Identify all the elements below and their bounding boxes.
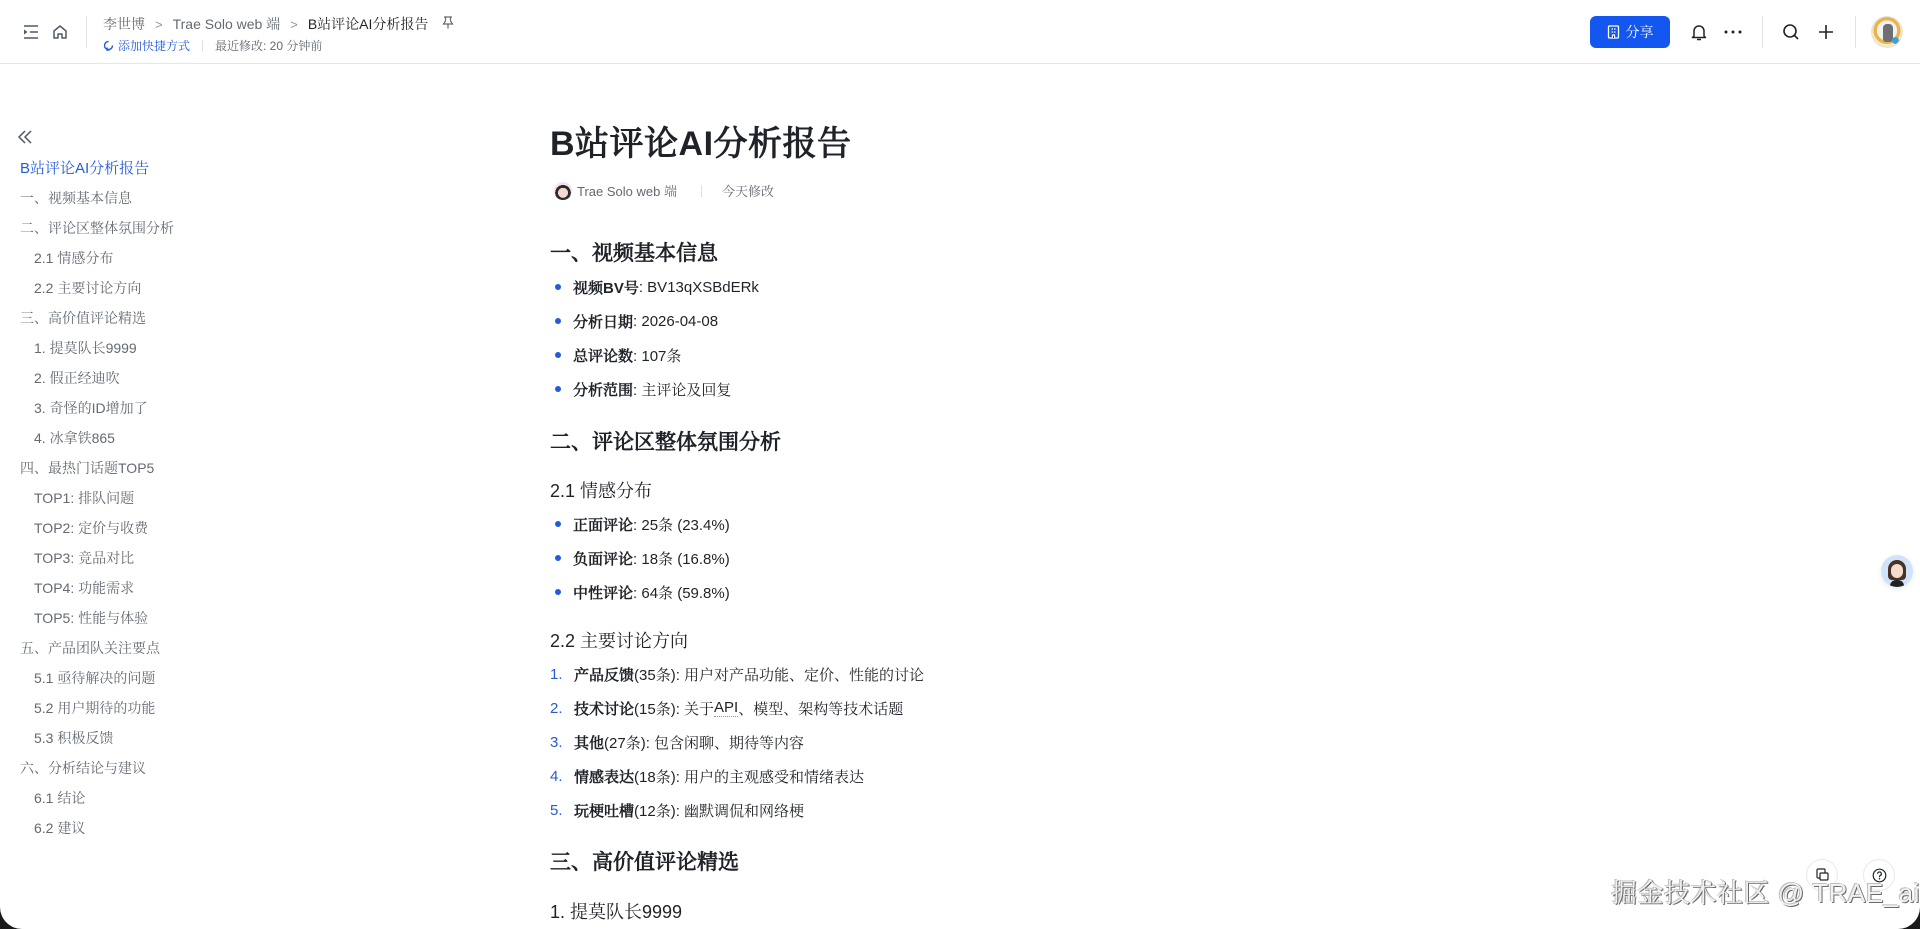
copy-icon xyxy=(1816,868,1829,882)
doc-meta: Trae Solo web 端 今天修改 xyxy=(554,181,774,200)
toc-item[interactable]: 六、分析结论与建议 xyxy=(20,753,280,783)
list-item: 分析日期: 2026-04-08 xyxy=(550,309,718,333)
toc-item[interactable]: TOP4: 功能需求 xyxy=(20,573,280,603)
toc-title[interactable]: B站评论AI分析报告 xyxy=(20,157,280,183)
modified-text: 今天修改 xyxy=(722,181,774,200)
bullet-icon xyxy=(555,352,561,358)
toc-item[interactable]: 四、最热门话题TOP5 xyxy=(20,453,280,483)
heading-2-2: 2.2 主要讨论方向 xyxy=(550,627,688,653)
toc-item[interactable]: 4. 冰拿铁865 xyxy=(20,423,280,453)
table-of-contents: B站评论AI分析报告 一、视频基本信息 二、评论区整体氛围分析 2.1 情感分布… xyxy=(20,157,280,843)
list-item: 1.产品反馈 (35条): 用户对产品功能、定价、性能的讨论 xyxy=(550,662,924,686)
list-item: 3.其他 (27条): 包含闲聊、期待等内容 xyxy=(550,730,804,754)
toc-item[interactable]: 5.3 积极反馈 xyxy=(20,723,280,753)
list-item: 2.技术讨论 (15条): 关于API、模型、架构等技术话题 xyxy=(550,696,903,720)
toc-item[interactable]: 1. 提莫队长9999 xyxy=(20,333,280,363)
list-item: 总评论数: 107条 xyxy=(550,343,681,367)
ai-assistant-avatar[interactable] xyxy=(1881,555,1913,587)
add-shortcut-label: 添加快捷方式 xyxy=(118,37,190,54)
toc-item[interactable]: 6.2 建议 xyxy=(20,813,280,843)
list-item: 分析范围: 主评论及回复 xyxy=(550,377,731,401)
pin-icon[interactable] xyxy=(442,16,454,32)
toc-item[interactable]: TOP1: 排队问题 xyxy=(20,483,280,513)
bullet-icon xyxy=(555,284,561,290)
page-title[interactable]: B站评论AI分析报告 xyxy=(550,116,852,165)
subline-divider xyxy=(202,40,203,52)
toc-item[interactable]: TOP5: 性能与体验 xyxy=(20,603,280,633)
list-item: 负面评论: 18条 (16.8%) xyxy=(550,546,730,570)
list-item: 4.情感表达 (18条): 用户的主观感受和情绪表达 xyxy=(550,764,864,788)
breadcrumb-item-space[interactable]: Trae Solo web 端 xyxy=(173,14,281,34)
user-avatar[interactable] xyxy=(1871,16,1903,48)
list-item: 视频BV号: BV13qXSBdERk xyxy=(550,275,759,299)
doc-subline: 添加快捷方式 最近修改: 20 分钟前 xyxy=(103,37,322,54)
toc-item[interactable]: 3. 奇怪的ID增加了 xyxy=(20,393,280,423)
toc-item[interactable]: 五、产品团队关注要点 xyxy=(20,633,280,663)
share-button[interactable]: 分享 xyxy=(1590,16,1670,48)
toc-item[interactable]: 5.1 亟待解决的问题 xyxy=(20,663,280,693)
author-name[interactable]: Trae Solo web 端 xyxy=(577,181,677,200)
breadcrumb: 李世博 > Trae Solo web 端 > B站评论AI分析报告 xyxy=(103,14,454,34)
help-float-button[interactable] xyxy=(1863,859,1895,891)
toc-item[interactable]: 2.1 情感分布 xyxy=(20,243,280,273)
header-divider xyxy=(86,16,87,48)
list-item: 5.玩梗吐槽 (12条): 幽默调侃和网络梗 xyxy=(550,798,804,822)
bullet-icon xyxy=(555,555,561,561)
home-icon[interactable] xyxy=(52,23,68,41)
add-shortcut-link[interactable]: 添加快捷方式 xyxy=(103,37,190,54)
last-modified-text: 最近修改: 20 分钟前 xyxy=(215,37,322,54)
outline-toggle-icon[interactable] xyxy=(22,23,40,41)
shortcut-icon xyxy=(103,40,114,51)
bullet-icon xyxy=(555,386,561,392)
heading-section-2: 二、评论区整体氛围分析 xyxy=(550,426,781,456)
author-avatar xyxy=(554,182,572,200)
search-icon[interactable] xyxy=(1781,22,1801,42)
copy-float-button[interactable] xyxy=(1806,859,1838,891)
toc-item[interactable]: 2.2 主要讨论方向 xyxy=(20,273,280,303)
toc-item[interactable]: 2. 假正经迪吹 xyxy=(20,363,280,393)
header-divider xyxy=(1762,16,1763,48)
collapse-sidebar-icon[interactable] xyxy=(17,130,35,148)
breadcrumb-item-current[interactable]: B站评论AI分析报告 xyxy=(308,14,429,34)
heading-section-3: 三、高价值评论精选 xyxy=(550,846,739,876)
help-icon xyxy=(1872,868,1887,883)
header-divider xyxy=(1855,16,1856,48)
toc-item[interactable]: 5.2 用户期待的功能 xyxy=(20,693,280,723)
app-window: 李世博 > Trae Solo web 端 > B站评论AI分析报告 添加快捷方… xyxy=(0,0,1920,929)
meta-divider xyxy=(701,185,702,197)
api-term-link[interactable]: API xyxy=(714,699,738,717)
list-item: 中性评论: 64条 (59.8%) xyxy=(550,580,730,604)
share-label: 分享 xyxy=(1626,22,1654,42)
toc-item[interactable]: TOP2: 定价与收费 xyxy=(20,513,280,543)
toc-item[interactable]: 一、视频基本信息 xyxy=(20,183,280,213)
toc-item[interactable]: 6.1 结论 xyxy=(20,783,280,813)
bullet-icon xyxy=(555,589,561,595)
heading-3-1: 1. 提莫队长9999 xyxy=(550,898,682,924)
breadcrumb-item-owner[interactable]: 李世博 xyxy=(103,14,145,34)
bullet-icon xyxy=(555,521,561,527)
plus-icon[interactable] xyxy=(1816,22,1836,42)
toc-item[interactable]: 二、评论区整体氛围分析 xyxy=(20,213,280,243)
building-icon xyxy=(1607,25,1620,39)
toc-item[interactable]: TOP3: 竞品对比 xyxy=(20,543,280,573)
chevron-right-icon: > xyxy=(290,17,298,32)
top-header: 李世博 > Trae Solo web 端 > B站评论AI分析报告 添加快捷方… xyxy=(0,0,1920,64)
chevron-right-icon: > xyxy=(155,17,163,32)
list-item: 正面评论: 25条 (23.4%) xyxy=(550,512,730,536)
bullet-icon xyxy=(555,318,561,324)
heading-section-1: 一、视频基本信息 xyxy=(550,237,718,267)
bell-icon[interactable] xyxy=(1689,22,1709,42)
more-icon[interactable] xyxy=(1722,22,1744,42)
heading-2-1: 2.1 情感分布 xyxy=(550,477,652,503)
toc-item[interactable]: 三、高价值评论精选 xyxy=(20,303,280,333)
